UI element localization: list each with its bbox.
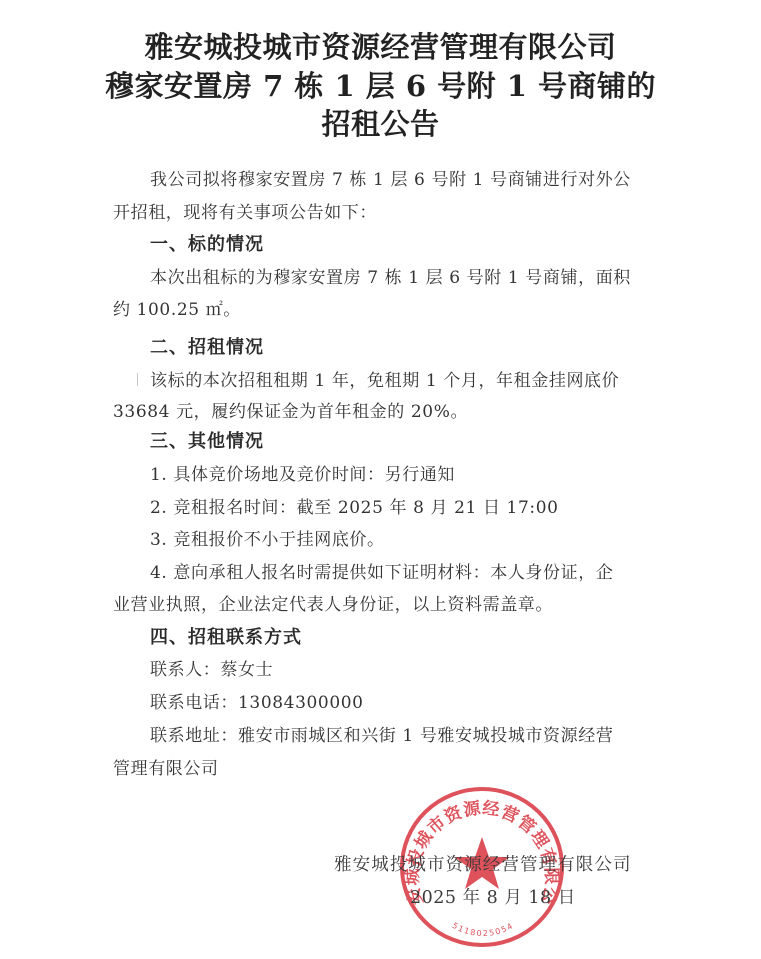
- section-heading-3: 三、其他情况: [150, 431, 264, 453]
- section-3-line-2: 2. 竞租报名时间：截至 2025 年 8 月 21 日 17:00: [150, 497, 559, 519]
- section-3-line-5: 业营业执照，企业法定代表人身份证，以上资料需盖章。: [113, 594, 553, 616]
- document-title-line-3: 招租公告: [0, 106, 761, 143]
- signature-date: 2025 年 8 月 18 日: [410, 887, 576, 909]
- section-heading-2: 二、招租情况: [150, 337, 264, 359]
- section-3-line-3: 3. 竞租报价不小于挂网底价。: [150, 529, 385, 551]
- section-1-line-2: 约 100.25 ㎡。: [113, 299, 241, 321]
- section-2-line-1: 该标的本次招租租期 1 年，免租期 1 个月，年租金挂网底价: [150, 370, 619, 392]
- section-heading-4: 四、招租联系方式: [150, 627, 302, 649]
- section-3-line-4: 4. 意向承租人报名时需提供如下证明材料：本人身份证，企: [150, 562, 613, 584]
- contact-person: 联系人：蔡女士: [150, 659, 273, 681]
- contact-phone: 联系电话：13084300000: [150, 692, 364, 714]
- seal-code: 5118025054: [451, 921, 516, 938]
- document-title-line-1: 雅安城投城市资源经营管理有限公司: [0, 29, 761, 66]
- intro-line-2: 开招租，现将有关事项公告如下：: [113, 202, 377, 224]
- signature-company: 雅安城投城市资源经营管理有限公司: [334, 854, 632, 876]
- section-1-line-1: 本次出租标的为穆家安置房 7 栋 1 层 6 号附 1 号商铺，面积: [150, 267, 631, 289]
- svg-text:5118025054: 5118025054: [451, 921, 516, 938]
- section-2-line-2: 33684 元，履约保证金为首年租金的 20%。: [113, 401, 468, 423]
- contact-address-line-1: 联系地址：雅安市雨城区和兴街 1 号雅安城投城市资源经营: [150, 725, 613, 747]
- document-title-line-2: 穆家安置房 7 栋 1 层 6 号附 1 号商铺的: [0, 68, 761, 105]
- section-heading-1: 一、标的情况: [150, 234, 264, 256]
- section-3-line-1: 1. 具体竞价场地及竞价时间：另行通知: [150, 464, 455, 486]
- intro-line-1: 我公司拟将穆家安置房 7 栋 1 层 6 号附 1 号商铺进行对外公: [150, 169, 631, 191]
- text-cursor-mark: [137, 373, 138, 386]
- contact-address-line-2: 管理有限公司: [113, 758, 219, 780]
